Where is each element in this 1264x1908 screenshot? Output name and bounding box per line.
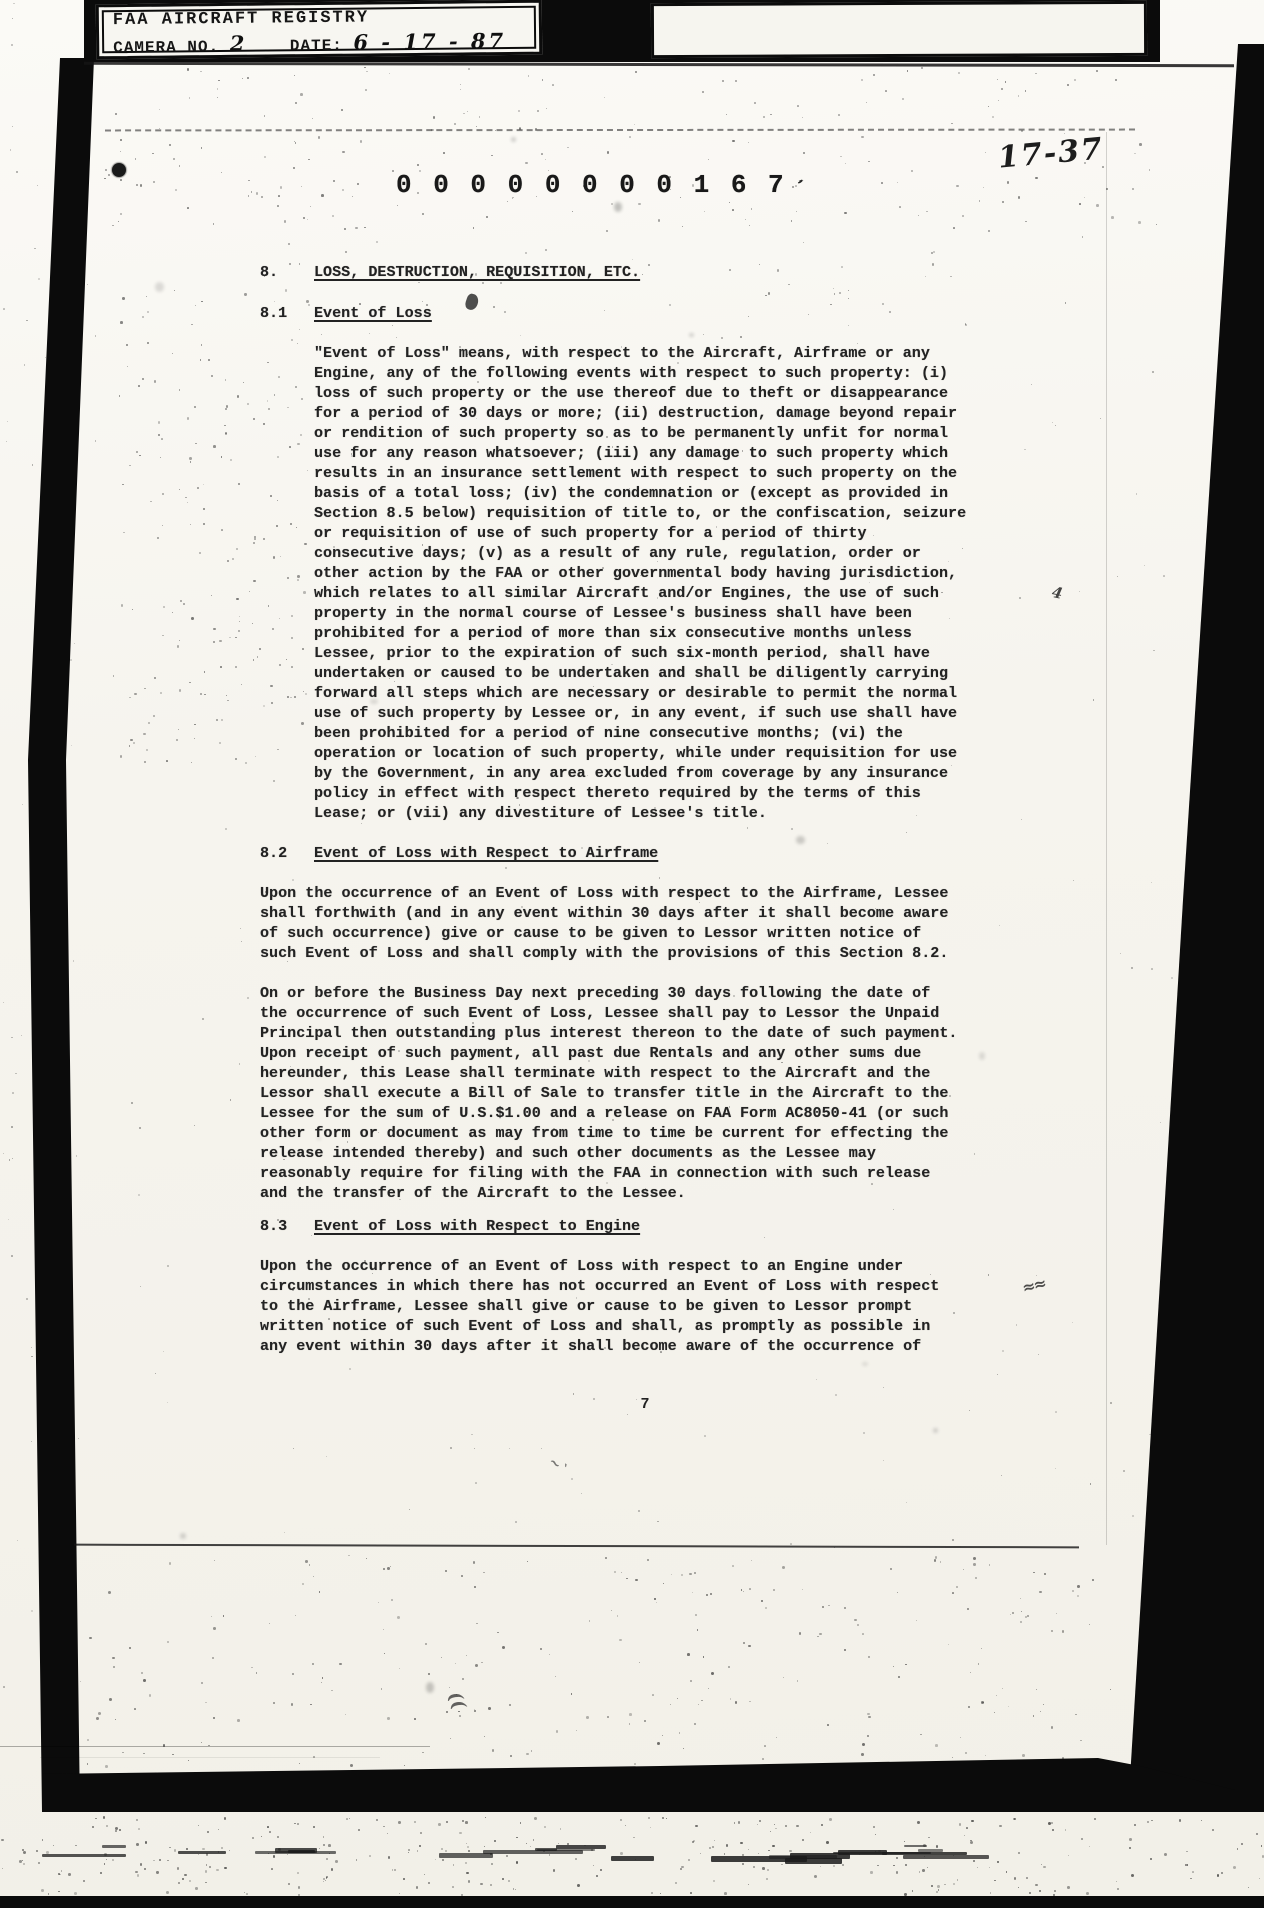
scanned-document-page: FAA AIRCRAFT REGISTRY CAMERA NO. 2 DATE:… — [0, 0, 1264, 1908]
section-title: Event of Loss with Respect to Engine — [314, 1217, 642, 1235]
section-8-3-heading: 8.3Event of Loss with Respect to Engine — [260, 1216, 642, 1236]
empty-stamp-box — [651, 1, 1147, 58]
right-black-band — [1128, 44, 1264, 1812]
document-number: 0 0 0 0 0 0 0 0 1 6 7 — [396, 170, 787, 200]
section-title: LOSS, DESTRUCTION, REQUISITION, ETC. — [314, 263, 642, 281]
stamp-camera-date-row: CAMERA NO. 2 DATE: 6 - 17 - 87 — [113, 28, 533, 57]
left-black-band — [28, 58, 94, 1812]
section-8-1-body: "Event of Loss" means, with respect to t… — [314, 343, 966, 823]
section-8-2-heading: 8.2Event of Loss with Respect to Airfram… — [260, 843, 660, 863]
section-title: Event of Loss with Respect to Airframe — [314, 844, 660, 862]
bottom-scan-strip — [0, 1896, 1264, 1908]
camera-label: CAMERA NO. — [113, 38, 219, 57]
stamp-title: FAA AIRCRAFT REGISTRY — [113, 7, 533, 30]
section-8-heading: 8.LOSS, DESTRUCTION, REQUISITION, ETC. — [260, 262, 642, 282]
hole-punch-mark — [112, 163, 126, 177]
section-number: 8. — [260, 262, 314, 282]
scratch-line — [0, 1746, 430, 1747]
section-8-1-heading: 8.1Event of Loss — [260, 303, 434, 323]
stamp-content: FAA AIRCRAFT REGISTRY CAMERA NO. 2 DATE:… — [113, 7, 533, 57]
scratch-line — [40, 1757, 380, 1758]
date-value-handwritten: 6 - 17 - 87 — [353, 28, 506, 55]
spacer — [258, 37, 279, 55]
bottom-black-band — [42, 1758, 1235, 1812]
section-title: Event of Loss — [314, 304, 434, 322]
section-number: 8.2 — [260, 843, 314, 863]
camera-number-handwritten: 2 — [230, 31, 248, 56]
section-8-2-para-2: On or before the Business Day next prece… — [260, 983, 957, 1203]
inner-frame-right-line — [1106, 132, 1107, 1545]
section-number: 8.1 — [260, 303, 314, 323]
section-8-3-para-1: Upon the occurrence of an Event of Loss … — [260, 1256, 939, 1356]
section-8-2-para-1: Upon the occurrence of an Event of Loss … — [260, 883, 948, 963]
section-number: 8.3 — [260, 1216, 314, 1236]
faa-registry-stamp: FAA AIRCRAFT REGISTRY CAMERA NO. 2 DATE:… — [96, 0, 543, 59]
page-number: 7 — [620, 1396, 670, 1413]
date-label: DATE: — [290, 37, 343, 56]
